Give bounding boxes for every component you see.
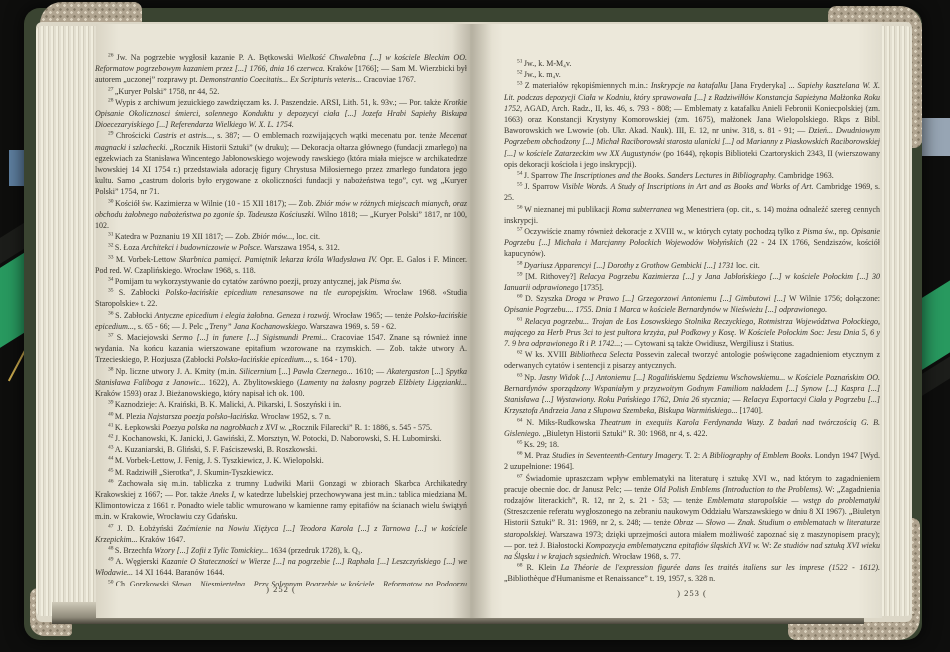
- footnote-56: 56 W nieznanej mi publikacji Roma subter…: [504, 204, 880, 226]
- footnote-41: 41 K. Łepkowski Poezya polska na nagrobk…: [95, 422, 467, 433]
- footnote-29: 29 Chrościcki Castris et astris..., s. 3…: [95, 130, 467, 197]
- footnote-28: 28 Wypis z archiwum jezuickiego zawdzięc…: [95, 97, 467, 131]
- footnote-32: 32 S. Łoza Architekci i budowniczowie w …: [95, 242, 467, 253]
- footnote-42: 42 J. Kochanowski, K. Janicki, J. Gawińs…: [95, 433, 467, 444]
- footnote-48: 48 S. Brzechfa Wzory [...] Zofii z Tylic…: [95, 545, 467, 556]
- footnote-30: 30 Kościół św. Kazimierza w Wilnie (10 -…: [95, 198, 467, 232]
- page-number-right: ) 253 (: [504, 588, 880, 598]
- page-number-left: ) 252 (: [95, 584, 467, 594]
- footnote-49: 49 A. Węgierski Kazanie O Stateczności w…: [95, 556, 467, 578]
- footnote-66: 66 M. Praz Studies in Seventeenth-Centur…: [504, 450, 880, 472]
- footnote-31: 31 Katedra w Poznaniu 19 XII 1817; — Zob…: [95, 231, 467, 242]
- footnote-40: 40 M. Plezia Najstarsza poezja polsko-ła…: [95, 411, 467, 422]
- footnote-54: 54 J. Sparrow The Inscriptiones and the …: [504, 170, 880, 181]
- footnote-37: 37 S. Maciejowski Sermo [...] in funere …: [95, 332, 467, 366]
- footnote-44: 44 M. Vorbek-Lettow, J. Fenig, J. S. Tys…: [95, 455, 467, 466]
- footnote-64: 64 N. Miks-Rudkowska Theatrum in exequii…: [504, 417, 880, 439]
- footnote-45: 45 M. Radziwiłł „Sierotka”, J. Skumin-Ty…: [95, 467, 467, 478]
- footnote-39: 39 Kaznodzieje: A. Kraiński, B. K. Malic…: [95, 399, 467, 410]
- blue-object-left-edge: [9, 150, 24, 186]
- footnote-62: 62 W ks. XVIII Bibliotheca Selecta Posse…: [504, 349, 880, 371]
- footnote-26: 26 Jw. Na pogrzebie wygłosił kazanie P. …: [95, 52, 467, 86]
- footnote-67: 67 Świadomie upraszczam wpływ emblematyk…: [504, 473, 880, 563]
- footnote-57: 57 Oczywiście znamy również dekoracje z …: [504, 226, 880, 260]
- footnote-38: 38 Np. liczne utwory J. A. Kmity (m.in. …: [95, 366, 467, 400]
- left-page-footnotes: 26 Jw. Na pogrzebie wygłosił kazanie P. …: [95, 52, 467, 586]
- footnote-61: 61 Relacya pogrzebu... Trojan de Łos Łos…: [504, 316, 880, 350]
- footnote-51: 51 Jw., k. M-M₄v.: [504, 58, 880, 69]
- footnote-35: 35 S. Zabłocki Polsko-łacińskie epicediu…: [95, 287, 467, 309]
- footnote-58: 58 Dyariusz Apparencyi [...] Dorothy z G…: [504, 260, 880, 271]
- footnote-27: 27 „Kuryer Polski” 1758, nr 44, 52.: [95, 86, 467, 97]
- footnote-33: 33 M. Vorbek-Lettow Skarbnica pamięci. P…: [95, 254, 467, 276]
- footnote-46: 46 Zachowała się m.in. tabliczka z trumn…: [95, 478, 467, 523]
- footnote-65: 65 Ks. 29; 18.: [504, 439, 880, 450]
- footnote-63: 63 Np. Jasny Widok [...] Antoniemu [...]…: [504, 372, 880, 417]
- right-page-footnotes: 51 Jw., k. M-M₄v.52 Jw., k. m₄v.53 Z mat…: [504, 58, 880, 584]
- footnote-60: 60 D. Szyszka Droga w Prawo [...] Grzego…: [504, 293, 880, 315]
- footnote-53: 53 Z materiałów rękopiśmiennych m.in.: I…: [504, 80, 880, 170]
- photo-open-book: { "colors":{"background":"#0e0e0d","cove…: [0, 0, 950, 652]
- page-edges-left: [36, 26, 100, 616]
- footnote-55: 55 J. Sparrow Visible Words. A Study of …: [504, 181, 880, 203]
- footnote-68: 68 R. Klein La Théorie de l'expression f…: [504, 562, 880, 584]
- footnote-59: 59 [M. Rithovey?] Relacya Pogrzebu Kazim…: [504, 271, 880, 293]
- footnote-43: 43 A. Kuzaniarski, B. Gliński, S. F. Faś…: [95, 444, 467, 455]
- footnote-34: 34 Pomijam tu wykorzystywanie do cytatów…: [95, 276, 467, 287]
- footnote-36: 36 S. Zabłocki Antyczne epicedium i eleg…: [95, 310, 467, 332]
- footnote-52: 52 Jw., k. m₄v.: [504, 69, 880, 80]
- footnote-47: 47 J. D. Łobżyński Zaćmienie na Nowiu Xi…: [95, 523, 467, 545]
